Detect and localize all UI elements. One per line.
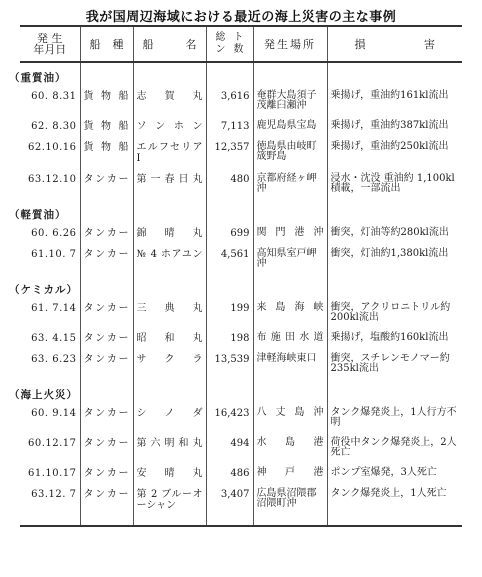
- maritime-disaster-table: 発 生 年月日 船 種 船 名: [20, 25, 462, 527]
- header-ship-type-char: 船: [90, 39, 101, 50]
- cell-ship-name: サ ク ラ: [133, 350, 206, 380]
- header-ship-name-char: 船: [143, 39, 154, 50]
- cell-date: 63. 4.15: [20, 329, 80, 350]
- cell-place: 神 戸 港: [253, 464, 327, 485]
- table-row: 63. 6.23 タンカー サ ク ラ 13,539 津軽海峡東口 衝突，スチレ…: [20, 350, 462, 380]
- cell-damage: タンク爆発炎上，1人死亡: [327, 485, 462, 526]
- category-row-heavy-oil: （重質油）: [20, 62, 462, 87]
- cell-date: 62. 8.30: [20, 117, 80, 138]
- cell-damage: 衝突，スチレンモノマー約235kl流出: [327, 350, 462, 380]
- cell-place: 津軽海峡東口: [253, 350, 327, 380]
- cell-date: 60. 9.14: [20, 404, 80, 434]
- header-ship-name-char: 名: [186, 39, 197, 50]
- cell-tonnage: 12,357: [206, 138, 253, 170]
- cell-ship-name: エルフセリア Ⅰ: [133, 138, 206, 170]
- header-ship-type: 船 種: [80, 26, 133, 62]
- header-tonnage: 総 ト ン 数: [206, 26, 253, 62]
- header-tonnage-char: 数: [230, 44, 248, 56]
- cell-place: 布 施 田 水 道: [253, 329, 327, 350]
- cell-ship-type: タンカー: [80, 350, 133, 380]
- cell-place: 水 島 港: [253, 434, 327, 464]
- cell-ship-name: № 4 ホアユン: [133, 245, 206, 275]
- header-ship-name: 船 名: [133, 26, 206, 62]
- cell-place: 鹿児島県宝島: [253, 117, 327, 138]
- category-row-light-oil: （軽質油）: [20, 200, 462, 224]
- table-row: 60. 8.31 貨物船 志 賀 丸 3,616 奄群大島須子茂離臼瀬沖 乗揚げ…: [20, 87, 462, 117]
- cell-date: 60. 6.26: [20, 224, 80, 245]
- cell-ship-type: タンカー: [80, 224, 133, 245]
- table-row: 63.12. 7 タンカー 第 2 ブルーオーシャン 3,407 広島県沼隈郡沼…: [20, 485, 462, 526]
- cell-damage: 乗揚げ，重油約161kl流出: [327, 87, 462, 117]
- cell-tonnage: 486: [206, 464, 253, 485]
- cell-damage: 乗揚げ，塩酸約160kl流出: [327, 329, 462, 350]
- cell-tonnage: 699: [206, 224, 253, 245]
- category-label: （ケミカル）: [9, 284, 78, 296]
- cell-damage: 衝突，灯油等約280kl流出: [327, 224, 462, 245]
- cell-ship-type: タンカー: [80, 245, 133, 275]
- cell-ship-type: タンカー: [80, 299, 133, 329]
- table-row: 63.12.10 タンカー 第一春日丸 480 京都府経ヶ岬沖 浸水・沈没 重油…: [20, 170, 462, 200]
- header-damage-char: 損: [355, 39, 366, 50]
- cell-tonnage: 3,407: [206, 485, 253, 526]
- cell-ship-type: 貨物船: [80, 117, 133, 138]
- cell-date: 61.10. 7: [20, 245, 80, 275]
- table-row: 61.10. 7 タンカー № 4 ホアユン 4,561 高知県室戸岬沖 衝突，…: [20, 245, 462, 275]
- cell-damage: 荷役中タンク爆発炎上，2人死亡: [327, 434, 462, 464]
- cell-tonnage: 198: [206, 329, 253, 350]
- category-row-chemical: （ケミカル）: [20, 275, 462, 299]
- header-date-line2: 年月日: [23, 44, 77, 55]
- cell-ship-type: タンカー: [80, 170, 133, 200]
- cell-ship-name: 第六明和丸: [133, 434, 206, 464]
- cell-ship-name: 第一春日丸: [133, 170, 206, 200]
- cell-place: 来 島 海 峡: [253, 299, 327, 329]
- cell-place: 八 丈 島 沖: [253, 404, 327, 434]
- cell-tonnage: 199: [206, 299, 253, 329]
- header-tonnage-char: ン: [212, 44, 230, 56]
- disaster-table-container: 発 生 年月日 船 種 船 名: [20, 25, 462, 527]
- cell-ship-name: ソ ン ホ ン: [133, 117, 206, 138]
- cell-tonnage: 16,423: [206, 404, 253, 434]
- cell-damage: 乗揚げ，重油約250kl流出: [327, 138, 462, 170]
- table-row: 60. 9.14 タンカー シ ノ ダ 16,423 八 丈 島 沖 タンク爆発…: [20, 404, 462, 434]
- cell-ship-type: 貨物船: [80, 87, 133, 117]
- table-title: 我が国周辺海域における最近の海上災害の主な事例: [0, 6, 482, 25]
- cell-date: 61.10.17: [20, 464, 80, 485]
- cell-place: 徳島県由岐町筬野島: [253, 138, 327, 170]
- cell-date: 60.12.17: [20, 434, 80, 464]
- cell-ship-name: 三 典 丸: [133, 299, 206, 329]
- table-body: （重質油） 60. 8.31 貨物船 志 賀 丸 3,616 奄群大島須子茂離臼…: [20, 62, 462, 526]
- header-damage-char: 害: [424, 39, 435, 50]
- cell-ship-name: 安 晴 丸: [133, 464, 206, 485]
- header-place: 発生場所: [253, 26, 327, 62]
- table-row: 61. 7.14 タンカー 三 典 丸 199 来 島 海 峡 衝突，アクリロニ…: [20, 299, 462, 329]
- header-place-label: 発生場所: [257, 39, 324, 50]
- header-ship-type-char: 種: [113, 39, 124, 50]
- header-tonnage-char: ト: [230, 32, 248, 44]
- table-header: 発 生 年月日 船 種 船 名: [20, 26, 462, 62]
- cell-ship-type: タンカー: [80, 329, 133, 350]
- table-row: 60. 6.26 タンカー 錦 晴 丸 699 関 門 港 沖 衝突，灯油等約2…: [20, 224, 462, 245]
- cell-damage: タンク爆発炎上，1人行方不明: [327, 404, 462, 434]
- table-row: 62. 8.30 貨物船 ソ ン ホ ン 7,113 鹿児島県宝島 乗揚げ，重油…: [20, 117, 462, 138]
- cell-ship-type: 貨物船: [80, 138, 133, 170]
- cell-damage: 浸水・沈没 重油約 1,100kl 積載，一部流出: [327, 170, 462, 200]
- cell-date: 63.12. 7: [20, 485, 80, 526]
- cell-ship-name: 志 賀 丸: [133, 87, 206, 117]
- table-row: 62.10.16 貨物船 エルフセリア Ⅰ 12,357 徳島県由岐町筬野島 乗…: [20, 138, 462, 170]
- cell-damage: 衝突，アクリロニトリル約200kl流出: [327, 299, 462, 329]
- cell-date: 61. 7.14: [20, 299, 80, 329]
- category-row-marine-fire: （海上火災）: [20, 380, 462, 404]
- header-damage: 損 害: [327, 26, 462, 62]
- cell-ship-name: 錦 晴 丸: [133, 224, 206, 245]
- cell-damage: ポンプ室爆発，3人死亡: [327, 464, 462, 485]
- cell-ship-name: 昭 和 丸: [133, 329, 206, 350]
- cell-damage: 乗揚げ，重油約387kl流出: [327, 117, 462, 138]
- category-label: （軽質油）: [9, 209, 67, 221]
- cell-date: 63.12.10: [20, 170, 80, 200]
- cell-place: 関 門 港 沖: [253, 224, 327, 245]
- table-row: 61.10.17 タンカー 安 晴 丸 486 神 戸 港 ポンプ室爆発，3人死…: [20, 464, 462, 485]
- cell-tonnage: 13,539: [206, 350, 253, 380]
- cell-ship-name: 第 2 ブルーオーシャン: [133, 485, 206, 526]
- header-tonnage-char: 総: [212, 32, 230, 44]
- cell-tonnage: 494: [206, 434, 253, 464]
- cell-place: 奄群大島須子茂離臼瀬沖: [253, 87, 327, 117]
- table-row: 60.12.17 タンカー 第六明和丸 494 水 島 港 荷役中タンク爆発炎上…: [20, 434, 462, 464]
- cell-date: 62.10.16: [20, 138, 80, 170]
- cell-damage: 衝突，灯油約1,380kl流出: [327, 245, 462, 275]
- cell-date: 63. 6.23: [20, 350, 80, 380]
- cell-place: 高知県室戸岬沖: [253, 245, 327, 275]
- cell-ship-type: タンカー: [80, 434, 133, 464]
- cell-tonnage: 4,561: [206, 245, 253, 275]
- cell-ship-type: タンカー: [80, 485, 133, 526]
- cell-ship-name: シ ノ ダ: [133, 404, 206, 434]
- cell-place: 広島県沼隈郡沼隈町沖: [253, 485, 327, 526]
- table-row: 63. 4.15 タンカー 昭 和 丸 198 布 施 田 水 道 乗揚げ，塩酸…: [20, 329, 462, 350]
- category-label: （海上火災）: [9, 389, 78, 401]
- cell-tonnage: 7,113: [206, 117, 253, 138]
- cell-ship-type: タンカー: [80, 404, 133, 434]
- cell-tonnage: 3,616: [206, 87, 253, 117]
- cell-tonnage: 480: [206, 170, 253, 200]
- cell-ship-type: タンカー: [80, 464, 133, 485]
- cell-date: 60. 8.31: [20, 87, 80, 117]
- category-label: （重質油）: [9, 72, 67, 84]
- header-date: 発 生 年月日: [20, 26, 80, 62]
- cell-place: 京都府経ヶ岬沖: [253, 170, 327, 200]
